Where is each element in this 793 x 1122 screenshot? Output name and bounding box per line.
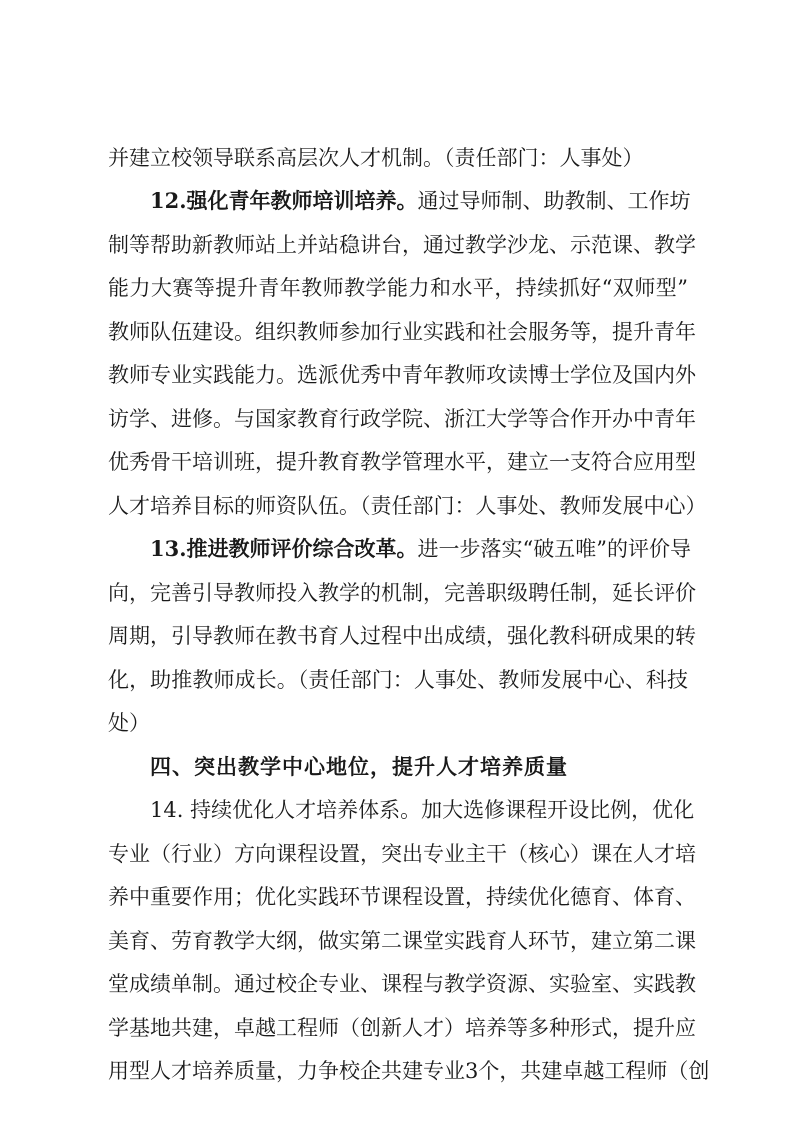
- text-line: 学基地共建，卓越工程师（创新人才）培养等多种形式，提升应: [108, 1013, 688, 1043]
- text-line: 专业（行业）方向课程设置，突出专业主干（核心）课在人才培: [108, 839, 688, 869]
- item-body: 进一步落实“破五唯”的评价导: [418, 537, 691, 561]
- text-line: 化，助推教师成长。（责任部门：人事处、教师发展中心、科技: [108, 665, 688, 695]
- text-line: 14. 持续优化人才培养体系。加大选修课程开设比例，优化: [150, 795, 688, 825]
- text-line: 优秀骨干培训班，提升教育教学管理水平，建立一支符合应用型: [108, 447, 688, 477]
- text-line: 教师专业实践能力。选派优秀中青年教师攻读博士学位及国内外: [108, 360, 688, 390]
- text-line: 教师队伍建设。组织教师参加行业实践和社会服务等，提升青年: [108, 317, 688, 347]
- item-body: 通过导师制、助教制、工作坊: [418, 189, 691, 213]
- text-line: 养中重要作用；优化实践环节课程设置，持续优化德育、体育、: [108, 882, 688, 912]
- text-line: 处）: [108, 708, 688, 738]
- text-line: 能力大赛等提升青年教师教学能力和水平，持续抓好“双师型”: [108, 273, 688, 303]
- section-heading: 四、突出教学中心地位，提升人才培养质量: [150, 752, 688, 782]
- text-line: 13.推进教师评价综合改革。进一步落实“破五唯”的评价导: [150, 534, 688, 564]
- document-page: 并建立校领导联系高层次人才机制。（责任部门：人事处） 12.强化青年教师培训培养…: [0, 0, 793, 1122]
- text-line: 并建立校领导联系高层次人才机制。（责任部门：人事处）: [108, 143, 688, 173]
- item-title: 14. 持续优化人才培养体系。: [150, 798, 421, 822]
- text-line: 美育、劳育教学大纲，做实第二课堂实践育人环节，建立第二课: [108, 926, 688, 956]
- text-line: 访学、进修。与国家教育行政学院、浙江大学等合作开办中青年: [108, 404, 688, 434]
- text-line: 人才培养目标的师资队伍。（责任部门：人事处、教师发展中心）: [108, 491, 688, 521]
- text-line: 周期，引导教师在教书育人过程中出成绩，强化教科研成果的转: [108, 621, 688, 651]
- text-line: 向，完善引导教师投入教学的机制，完善职级聘任制，延长评价: [108, 578, 688, 608]
- item-title: 12.强化青年教师培训培养。: [150, 188, 418, 213]
- text-line: 用型人才培养质量，力争校企共建专业3个，共建卓越工程师（创: [108, 1056, 688, 1086]
- text-line: 堂成绩单制。通过校企专业、课程与教学资源、实验室、实践教: [108, 969, 688, 999]
- item-body: 加大选修课程开设比例，优化: [421, 798, 694, 822]
- item-title: 13.推进教师评价综合改革。: [150, 536, 418, 561]
- text-line: 制等帮助新教师站上并站稳讲台，通过教学沙龙、示范课、教学: [108, 230, 688, 260]
- text-line: 12.强化青年教师培训培养。通过导师制、助教制、工作坊: [150, 186, 688, 216]
